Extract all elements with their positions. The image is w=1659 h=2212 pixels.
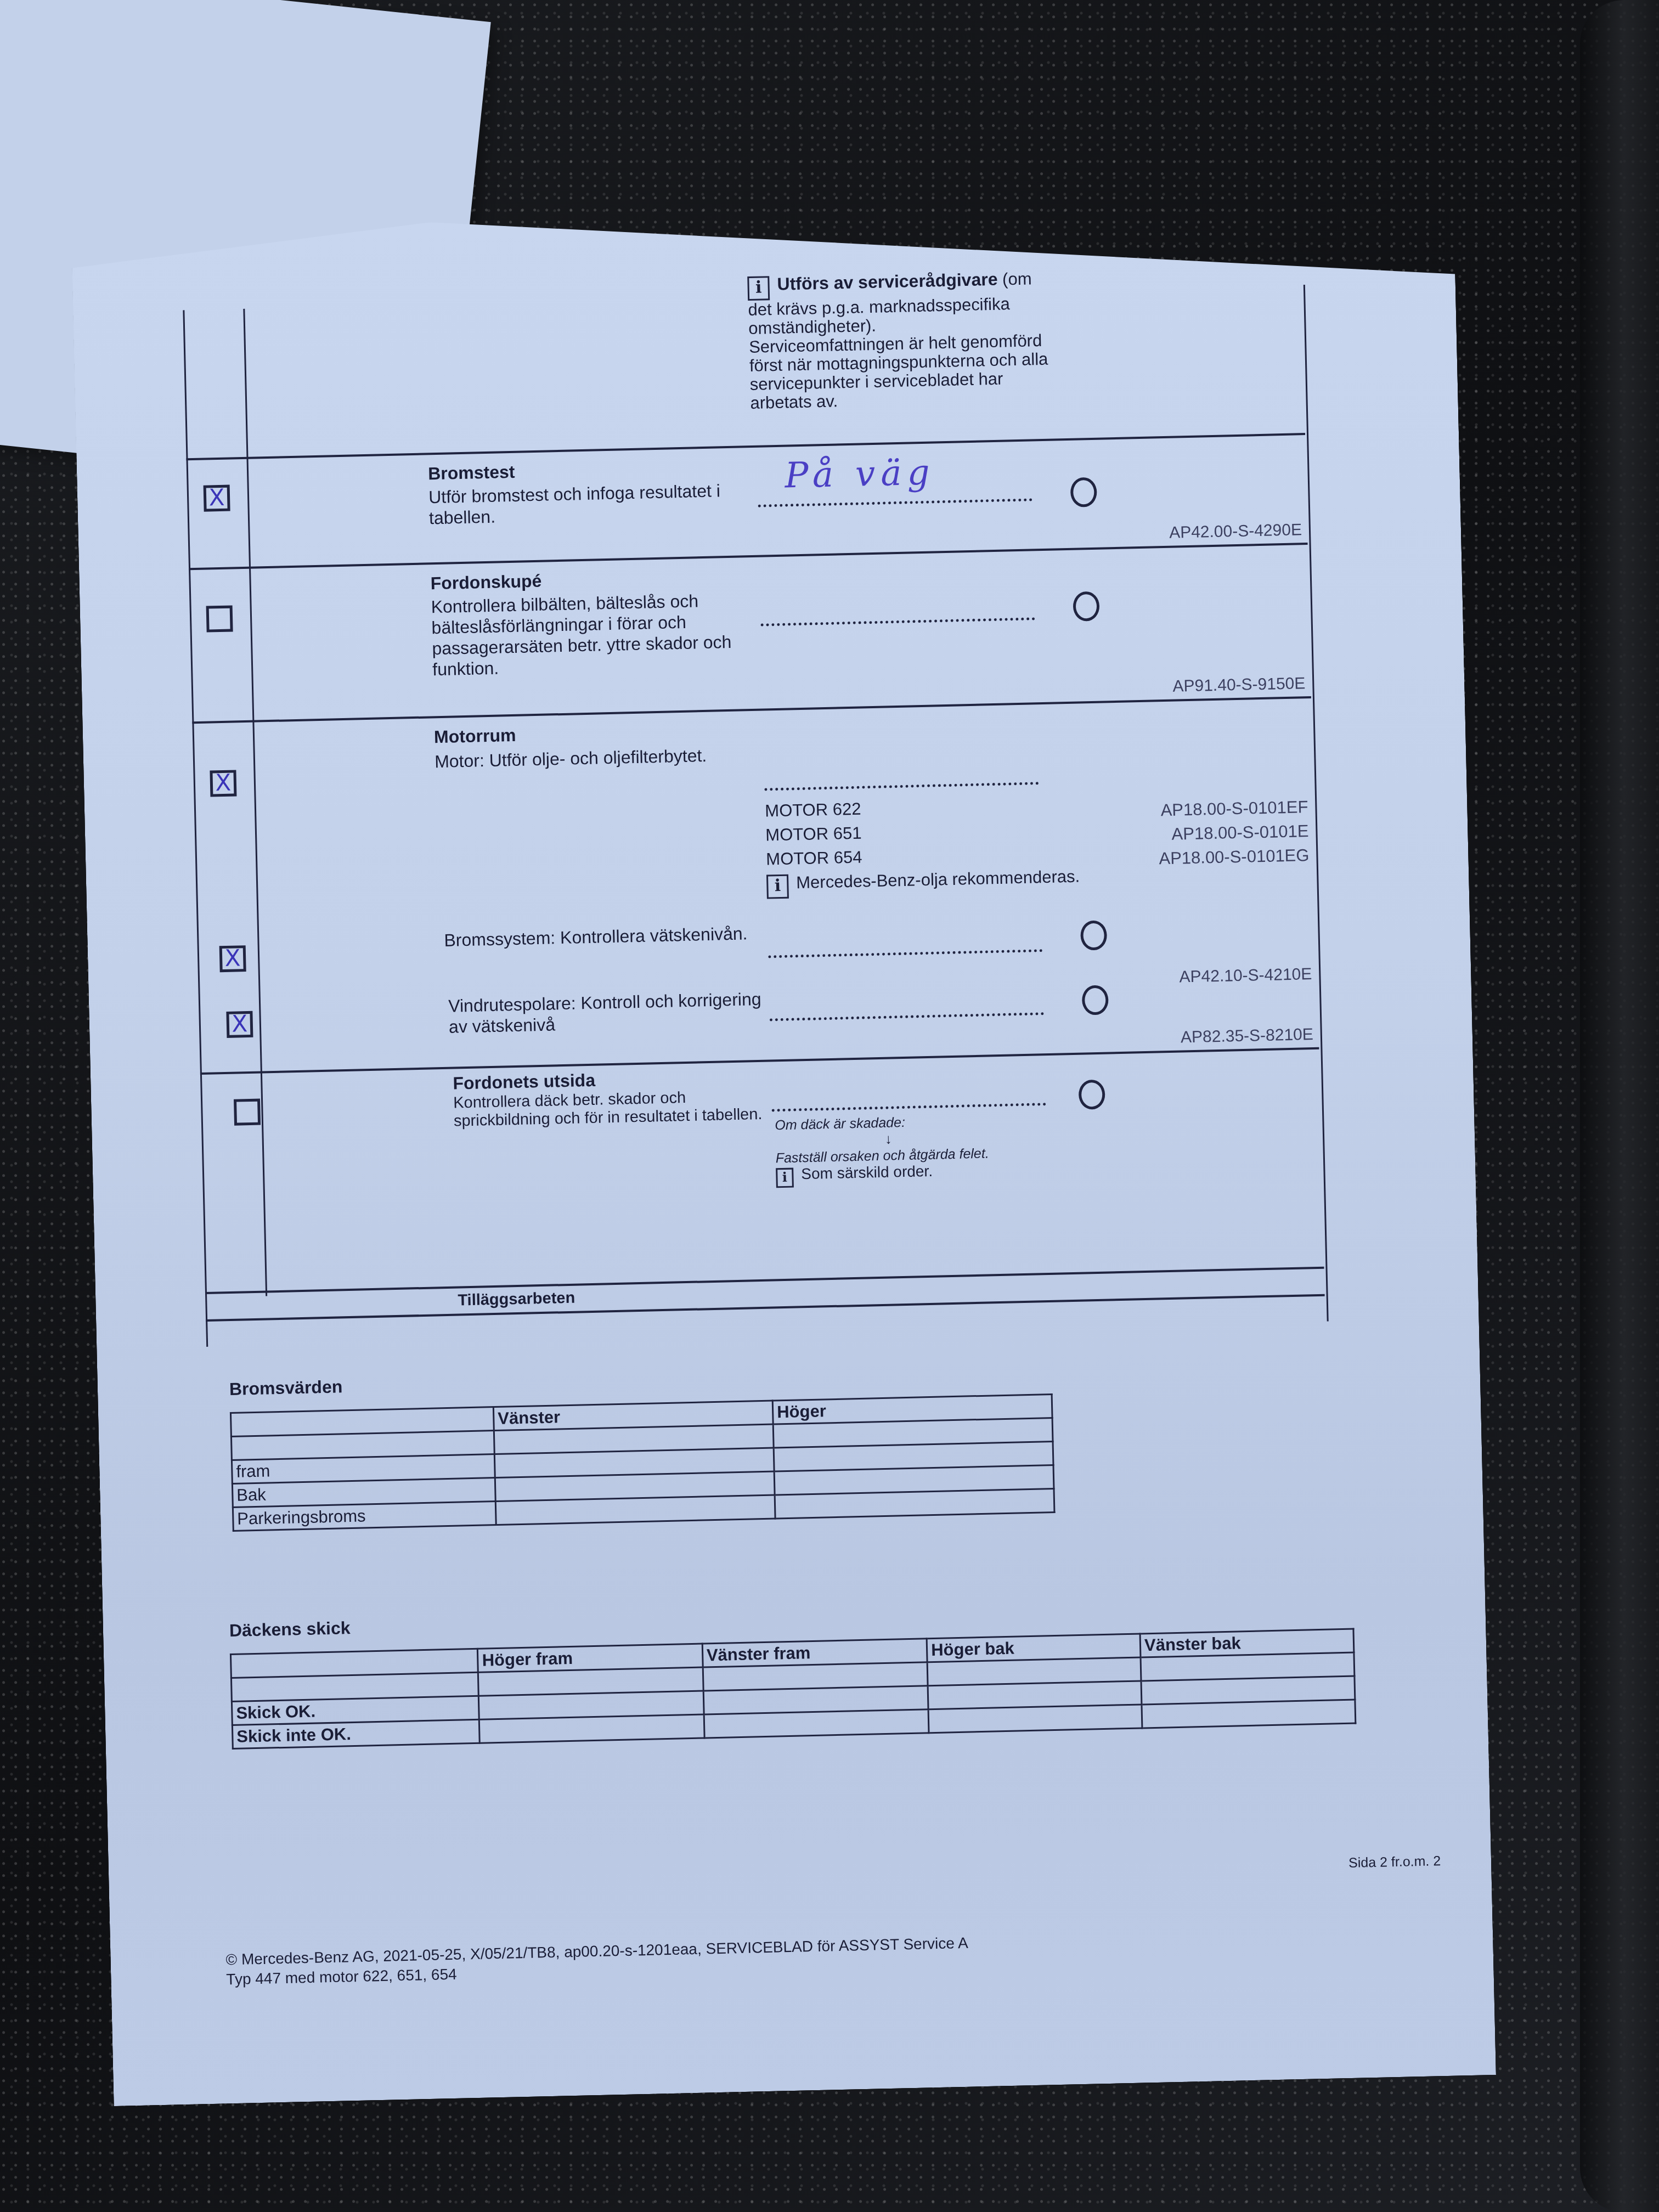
value-cell[interactable] [1142,1700,1356,1728]
info-note-title: Utförs av servicerådgivare [777,269,998,294]
section-title-fordonets-utsida: Fordonets utsida [453,1070,595,1094]
checkbox-bromssystem[interactable]: X [219,945,246,972]
checkbox-vindrutespolare[interactable]: X [226,1011,253,1038]
footer: © Mercedes-Benz AG, 2021-05-25, X/05/21/… [225,1933,969,1990]
handwritten-note: På väg [785,452,936,496]
checkbox-motor-oil[interactable]: X [210,770,236,797]
value-cell[interactable] [479,1714,704,1743]
info-note: iUtförs av servicerådgivare (om det kräv… [747,268,1058,413]
info-note-line: Serviceomfattningen är helt genomförd fö… [749,331,1048,413]
info-icon: i [766,874,789,899]
info-icon: i [747,276,770,301]
oil-note: Mercedes-Benz-olja rekommenderas. [796,867,1080,893]
item-text-fordonets-utsida: Kontrollera däck betr. skador och sprick… [453,1087,772,1130]
value-cell[interactable] [704,1709,929,1738]
seat-background [1580,0,1659,2212]
page-number: Sida 2 fr.o.m. 2 [1348,1851,1441,1873]
motor-list: MOTOR 622 MOTOR 651 MOTOR 654 iMercedes-… [765,792,1080,899]
brake-values-title: Bromsvärden [229,1376,343,1400]
service-sheet-page: iUtförs av servicerådgivare (om det kräv… [71,199,1496,2106]
section-title-bromstest: Bromstest [428,462,515,484]
row-label: Skick inte OK. [232,1719,479,1748]
section-title-fordonskupe: Fordonskupé [430,571,541,594]
checkbox-fordonets-utsida[interactable] [234,1099,261,1126]
tire-condition-title: Däckens skick [229,1618,351,1641]
motor-code: AP18.00-S-0101EG [1090,843,1310,872]
checkbox-fordonskupe[interactable] [206,606,233,633]
brake-values-table: Vänster Höger fram Bak Parkeringsbroms [230,1393,1056,1532]
order-note: Som särskild order. [801,1163,933,1182]
item-text-vindrutespolare: Vindrutespolare: Kontroll och korrigerin… [448,989,768,1037]
checkbox-bromstest[interactable]: X [204,485,230,512]
motor-codes: AP18.00-S-0101EF AP18.00-S-0101E AP18.00… [1088,795,1310,872]
value-cell[interactable] [928,1705,1142,1733]
info-icon: i [776,1168,794,1188]
item-text-bromstest: Utför bromstest och infoga resultatet i … [428,479,786,529]
damage-instructions: Om däck är skadade: ↓ Fastställ orsaken … [775,1113,990,1188]
tire-condition-table: Höger fram Vänster fram Höger bak Vänste… [230,1628,1356,1750]
additional-work-label: Tilläggsarbeten [458,1289,575,1310]
section-title-motorrum: Motorrum [434,725,516,747]
item-text-fordonskupe: Kontrollera bilbälten, bälteslås och bäl… [431,590,740,680]
